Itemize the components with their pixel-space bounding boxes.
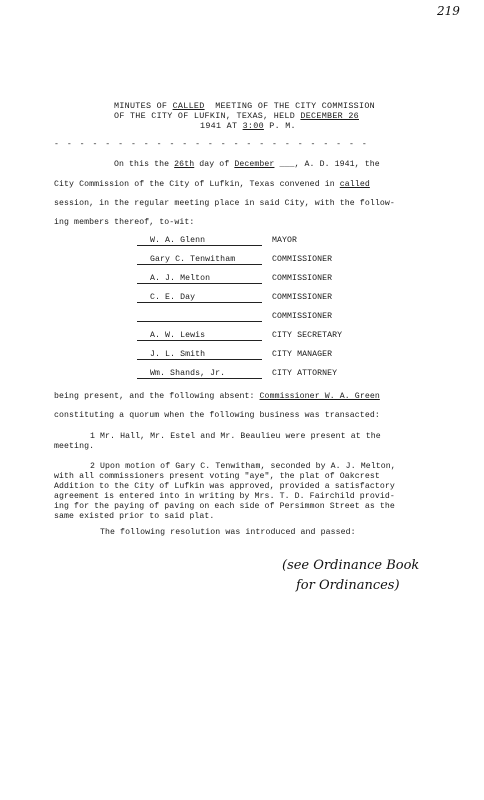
meeting-day: 26th xyxy=(174,160,194,169)
header-line-3: 1941 AT 3:00 P. M. xyxy=(200,121,296,131)
header-prefix: MINUTES OF xyxy=(114,101,173,111)
resolution-intro: The following resolution was introduced … xyxy=(100,528,356,538)
member-title: MAYOR xyxy=(272,236,297,246)
paragraph-1-line: 1 Mr. Hall, Mr. Estel and Mr. Beaulieu w… xyxy=(90,432,381,442)
paragraph-2-line: agreement is entered into in writing by … xyxy=(54,492,395,502)
member-title: COMMISSIONER xyxy=(272,274,332,284)
absent-line-1: being present, and the following absent:… xyxy=(54,392,380,402)
member-name: W. A. Glenn xyxy=(150,236,205,246)
header-line3-prefix: 1941 AT xyxy=(200,121,243,131)
member-title: CITY ATTORNEY xyxy=(272,369,337,379)
paragraph-2-line: ing for the paying of paving on each sid… xyxy=(54,502,395,512)
member-title: CITY MANAGER xyxy=(272,350,332,360)
opening-line-1: On this the 26th day of December ___, A.… xyxy=(114,160,380,170)
member-name: J. L. Smith xyxy=(150,350,205,360)
paragraph-2-line: same existed prior to said plat. xyxy=(54,512,214,522)
opening-line-2: City Commission of the City of Lufkin, T… xyxy=(54,180,370,190)
member-title: CITY SECRETARY xyxy=(272,331,342,341)
member-title: COMMISSIONER xyxy=(272,255,332,265)
meeting-time: 3:00 xyxy=(243,121,264,131)
paragraph-2-line: 2 Upon motion of Gary C. Tenwitham, seco… xyxy=(90,462,396,472)
meeting-type: CALLED xyxy=(173,101,205,111)
separator: - - - - - - - - - - - - - - - - - - - - … xyxy=(54,140,368,150)
member-title: COMMISSIONER xyxy=(272,293,332,303)
page-number: 219 xyxy=(437,4,460,18)
absent-names: Commissioner W. A. Green xyxy=(260,392,380,401)
opening-suffix: ___, A. D. 1941, the xyxy=(274,160,379,169)
member-title: COMMISSIONER xyxy=(272,312,332,322)
opening-prefix: On this the xyxy=(114,160,174,169)
paragraph-1-line: meeting. xyxy=(54,442,94,452)
handwritten-note-line-1: (see Ordinance Book xyxy=(282,558,419,573)
member-name: A. J. Melton xyxy=(150,274,210,284)
opening-mid: day of xyxy=(194,160,234,169)
member-name: Wm. Shands, Jr. xyxy=(150,369,225,379)
paragraph-2-line: Addition to the City of Lufkin was appro… xyxy=(54,482,395,492)
meeting-month: December xyxy=(234,160,274,169)
member-name: A. W. Lewis xyxy=(150,331,205,341)
paragraph-2-line: with all commissioners present voting "a… xyxy=(54,472,380,482)
opening-line-3: session, in the regular meeting place in… xyxy=(54,199,395,209)
absent-line-2: constituting a quorum when the following… xyxy=(54,411,380,421)
opening-line2-text: City Commission of the City of Lufkin, T… xyxy=(54,180,340,189)
header-line2-prefix: OF THE CITY OF LUFKIN, TEXAS, HELD xyxy=(114,111,300,121)
handwritten-note-line-2: for Ordinances) xyxy=(296,578,400,593)
member-name: Gary C. Tenwitham xyxy=(150,255,235,265)
header-line-1: MINUTES OF CALLED MEETING OF THE CITY CO… xyxy=(114,101,375,111)
meeting-date: DECEMBER 26 xyxy=(300,111,359,121)
header-suffix: MEETING OF THE CITY COMMISSION xyxy=(205,101,375,111)
header-line-2: OF THE CITY OF LUFKIN, TEXAS, HELD DECEM… xyxy=(114,111,359,121)
opening-line-4: ing members thereof, to-wit: xyxy=(54,218,194,228)
session-type: called xyxy=(340,180,370,189)
meeting-time-suffix: P. M. xyxy=(264,121,296,131)
absent-prefix: being present, and the following absent: xyxy=(54,392,260,401)
member-name: C. E. Day xyxy=(150,293,195,303)
